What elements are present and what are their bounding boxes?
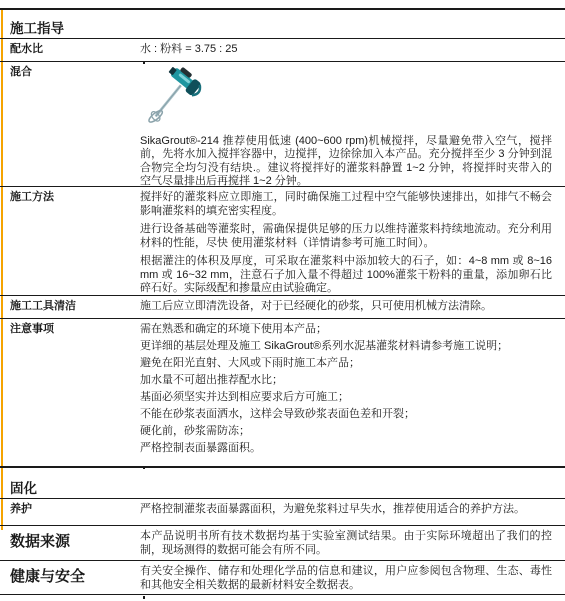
table-row-application-method: 施工方法 搅拌好的灌浆料应立即施工，同时确保施工过程中空气能够快速排出，如排气不…	[0, 186, 565, 295]
table-row-health-safety: 健康与安全 有关安全操作、储存和处理化学品的信息和建议，用户应参阅包含物理、生态…	[0, 560, 565, 595]
mixing-content: SikaGrout®-214 推荐使用低速 (400~600 rpm)机械搅拌，…	[140, 62, 552, 186]
precautions-label: 注意事项	[0, 319, 140, 466]
mixing-instructions-text: SikaGrout®-214 推荐使用低速 (400~600 rpm)机械搅拌，…	[140, 135, 552, 187]
precaution-item: 不能在砂浆表面洒水，这样会导致砂浆表面色差和开裂；	[140, 408, 552, 422]
health-safety-label: 健康与安全	[0, 561, 140, 594]
product-data-sheet-page: 施工指导 配水比 水 : 粉料 = 3.75 : 25 混合	[0, 0, 565, 601]
precaution-item: 基面必须坚实并达到相应要求后方可施工；	[140, 391, 552, 405]
curing-care-text: 严格控制灌浆表面暴露面积，为避免浆料过早失水，推荐使用适合的养护方法。	[140, 499, 552, 525]
precaution-item: 严格控制表面暴露面积。	[140, 442, 552, 456]
instructions-table: 施工指导 配水比 水 : 粉料 = 3.75 : 25 混合	[0, 8, 565, 595]
precaution-item: 避免在阳光直射、大风或下雨时施工本产品；	[140, 357, 552, 371]
table-row-curing-care: 养护 严格控制灌浆表面暴露面积，为避免浆料过早失水，推荐使用适合的养护方法。	[0, 498, 565, 525]
application-method-label: 施工方法	[0, 187, 140, 295]
table-column-divider-tick	[143, 466, 145, 469]
precaution-item: 硬化前，砂浆需防冻；	[140, 425, 552, 439]
table-row-precautions: 注意事项 需在熟悉和确定的环境下使用本产品； 更详细的基层处理及施工 SikaG…	[0, 318, 565, 466]
tool-cleaning-label: 施工工具清洁	[0, 296, 140, 318]
table-row-mixing: 混合	[0, 61, 565, 186]
table-row-data-source: 数据来源 本产品说明书所有技术数据均基于实验室测试结果。由于实际环境超出了我们的…	[0, 525, 565, 560]
precautions-list: 需在熟悉和确定的环境下使用本产品； 更详细的基层处理及施工 SikaGrout®…	[140, 319, 552, 466]
method-paragraph: 搅拌好的灌浆料应立即施工，同时确保施工过程中空气能够快速排出，如排气不畅会影响灌…	[140, 191, 552, 218]
data-source-text: 本产品说明书所有技术数据均基于实验室测试结果。由于实际环境超出了我们的控制，现场…	[140, 526, 552, 560]
table-column-divider-tick	[143, 596, 145, 599]
mixing-label: 混合	[0, 62, 140, 186]
section-header-curing: 固化	[0, 466, 565, 498]
tool-cleaning-text: 施工后应立即清洗设备，对于已经硬化的砂浆，只可使用机械方法清除。	[140, 296, 552, 318]
data-source-label: 数据来源	[0, 526, 140, 560]
table-row-tool-cleaning: 施工工具清洁 施工后应立即清洗设备，对于已经硬化的砂浆，只可使用机械方法清除。	[0, 295, 565, 318]
curing-care-label: 养护	[0, 499, 140, 525]
precaution-item: 更详细的基层处理及施工 SikaGrout®系列水泥基灌浆材料请参考施工说明；	[140, 340, 552, 354]
paddle-mixer-image	[146, 67, 204, 127]
water-ratio-value: 水 : 粉料 = 3.75 : 25	[140, 39, 552, 61]
method-paragraph: 进行设备基础等灌浆时，需确保提供足够的压力以维持灌浆料持续地流动。充分利用材料的…	[140, 223, 552, 250]
precaution-item: 加水量不可超出推荐配水比；	[140, 374, 552, 388]
health-safety-text: 有关安全操作、储存和处理化学品的信息和建议，用户应参阅包含物理、生态、毒性和其他…	[140, 561, 552, 594]
table-column-divider-tick	[143, 61, 145, 64]
water-ratio-label: 配水比	[0, 39, 140, 61]
method-paragraph: 根据灌注的体积及厚度，可采取在灌浆料中添加较大的石子，如：4~8 mm 或 8~…	[140, 255, 552, 295]
table-row-water-ratio: 配水比 水 : 粉料 = 3.75 : 25	[0, 38, 565, 61]
section-header-construction-guidance: 施工指导	[0, 8, 565, 38]
precaution-item: 需在熟悉和确定的环境下使用本产品；	[140, 323, 552, 337]
application-method-content: 搅拌好的灌浆料应立即施工，同时确保施工过程中空气能够快速排出，如排气不畅会影响灌…	[140, 187, 552, 295]
